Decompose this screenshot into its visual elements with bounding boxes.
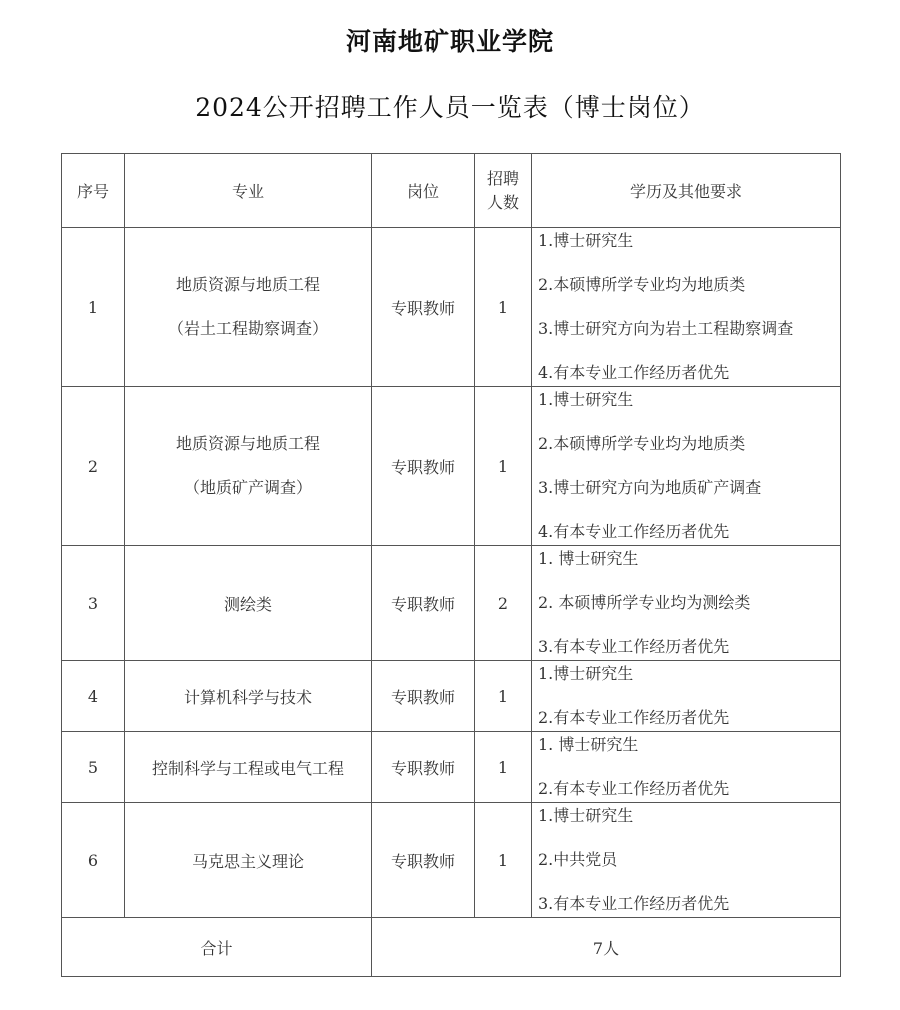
requirement-item: 1.博士研究生 [538,228,840,254]
total-label: 合计 [62,918,372,977]
requirement-item: 2.有本专业工作经历者优先 [538,705,840,731]
total-row: 合计 7人 [62,918,841,977]
requirement-item: 2. 本硕博所学专业均为测绘类 [538,590,840,616]
major-line: （地质矿产调查） [125,466,371,510]
cell-position: 专职教师 [372,803,475,918]
table-row: 3 测绘类 专职教师 2 1. 博士研究生 2. 本硕博所学专业均为测绘类 3.… [62,546,841,661]
total-value: 7人 [372,918,841,977]
cell-index: 3 [62,546,125,661]
col-header-index: 序号 [62,154,125,228]
table-row: 4 计算机科学与技术 专职教师 1 1.博士研究生 2.有本专业工作经历者优先 [62,661,841,732]
major-line: 地质资源与地质工程 [125,263,371,307]
table-row: 2 地质资源与地质工程 （地质矿产调查） 专职教师 1 1.博士研究生 2.本硕… [62,387,841,546]
cell-count: 1 [475,803,532,918]
col-header-major: 专业 [125,154,372,228]
cell-count: 1 [475,732,532,803]
cell-position: 专职教师 [372,546,475,661]
table-header-row: 序号 专业 岗位 招聘 人数 学历及其他要求 [62,154,841,228]
cell-position: 专职教师 [372,661,475,732]
table-row: 6 马克思主义理论 专职教师 1 1.博士研究生 2.中共党员 3.有本专业工作… [62,803,841,918]
recruitment-table: 序号 专业 岗位 招聘 人数 学历及其他要求 1 地质资源与地质工程 （岩土工程… [61,153,841,977]
cell-major: 计算机科学与技术 [125,661,372,732]
requirement-item: 4.有本专业工作经历者优先 [538,360,840,386]
major-line: 测绘类 [224,595,272,614]
cell-index: 5 [62,732,125,803]
requirement-item: 3.有本专业工作经历者优先 [538,891,840,917]
requirement-item: 1.博士研究生 [538,387,840,413]
requirement-item: 1.博士研究生 [538,661,840,687]
major-line: 计算机科学与技术 [184,688,312,707]
requirement-item: 3.博士研究方向为地质矿产调查 [538,475,840,501]
cell-position: 专职教师 [372,228,475,387]
major-line: 控制科学与工程或电气工程 [152,759,344,778]
cell-count: 1 [475,661,532,732]
cell-requirements: 1.博士研究生 2.中共党员 3.有本专业工作经历者优先 [532,803,841,918]
major-line: 地质资源与地质工程 [125,422,371,466]
cell-major: 测绘类 [125,546,372,661]
cell-requirements: 1.博士研究生 2.有本专业工作经历者优先 [532,661,841,732]
col-header-position: 岗位 [372,154,475,228]
institution-title: 河南地矿职业学院 [0,22,900,58]
cell-index: 6 [62,803,125,918]
document-title: 2024公开招聘工作人员一览表（博士岗位） [0,88,900,124]
cell-index: 4 [62,661,125,732]
requirement-item: 2.本硕博所学专业均为地质类 [538,431,840,457]
col-header-count: 招聘 人数 [475,154,532,228]
requirement-item: 4.有本专业工作经历者优先 [538,519,840,545]
requirement-item: 1. 博士研究生 [538,546,840,572]
col-header-count-line1: 招聘 [475,167,531,191]
requirement-item: 2.本硕博所学专业均为地质类 [538,272,840,298]
cell-major: 地质资源与地质工程 （地质矿产调查） [125,387,372,546]
requirement-item: 3.博士研究方向为岩土工程勘察调查 [538,316,840,342]
cell-index: 1 [62,228,125,387]
cell-requirements: 1. 博士研究生 2.有本专业工作经历者优先 [532,732,841,803]
cell-position: 专职教师 [372,387,475,546]
cell-major: 控制科学与工程或电气工程 [125,732,372,803]
cell-position: 专职教师 [372,732,475,803]
requirement-item: 3.有本专业工作经历者优先 [538,634,840,660]
cell-count: 1 [475,228,532,387]
requirement-item: 1. 博士研究生 [538,732,840,758]
cell-requirements: 1.博士研究生 2.本硕博所学专业均为地质类 3.博士研究方向为岩土工程勘察调查… [532,228,841,387]
cell-count: 1 [475,387,532,546]
cell-major: 地质资源与地质工程 （岩土工程勘察调查） [125,228,372,387]
cell-count: 2 [475,546,532,661]
table-row: 5 控制科学与工程或电气工程 专职教师 1 1. 博士研究生 2.有本专业工作经… [62,732,841,803]
cell-requirements: 1.博士研究生 2.本硕博所学专业均为地质类 3.博士研究方向为地质矿产调查 4… [532,387,841,546]
requirement-item: 2.有本专业工作经历者优先 [538,776,840,802]
requirement-item: 2.中共党员 [538,847,840,873]
requirement-item: 1.博士研究生 [538,803,840,829]
major-line: 马克思主义理论 [192,852,304,871]
cell-major: 马克思主义理论 [125,803,372,918]
cell-requirements: 1. 博士研究生 2. 本硕博所学专业均为测绘类 3.有本专业工作经历者优先 [532,546,841,661]
cell-index: 2 [62,387,125,546]
major-line: （岩土工程勘察调查） [125,307,371,351]
col-header-count-line2: 人数 [475,191,531,215]
table-row: 1 地质资源与地质工程 （岩土工程勘察调查） 专职教师 1 1.博士研究生 2.… [62,228,841,387]
col-header-requirements: 学历及其他要求 [532,154,841,228]
